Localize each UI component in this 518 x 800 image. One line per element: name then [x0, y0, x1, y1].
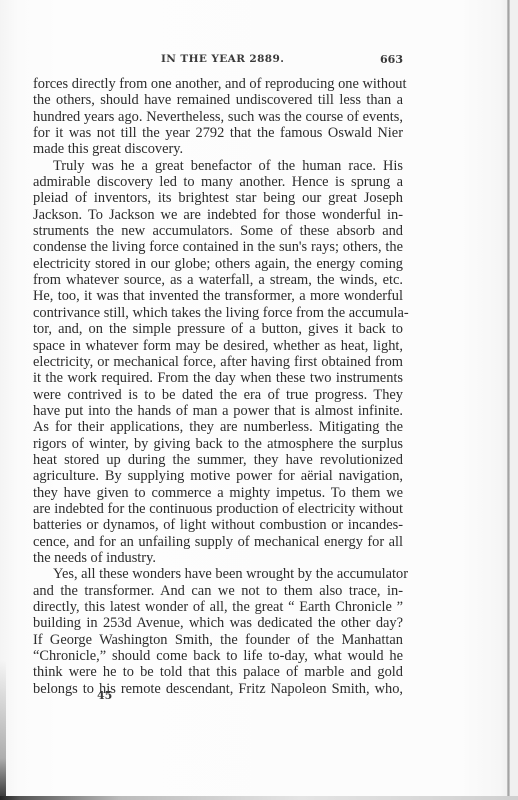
text-line: forces directly from one another, and of… [33, 76, 403, 92]
text-line: struments the new accumulators. Some of … [33, 223, 403, 239]
text-line: rigors of winter, by giving back to the … [33, 436, 403, 452]
text-line: Yes, all these wonders have been wrought… [33, 566, 403, 582]
text-line: electricity stored in our globe; others … [33, 256, 403, 272]
text-line: cence, and for an unfailing supply of me… [33, 534, 403, 550]
text-line: As for their applications, they are numb… [33, 419, 403, 435]
text-line: hundred years ago. Nevertheless, such wa… [33, 109, 403, 125]
page-edge-right-outer [510, 0, 518, 800]
text-line: are indebted for the continuous producti… [33, 501, 403, 517]
text-line: for it was not till the year 2792 that t… [33, 125, 403, 141]
text-line: belongs to his remote descendant, Fritz … [33, 681, 403, 697]
text-line: contrivance still, which takes the livin… [33, 305, 403, 321]
page-header: IN THE YEAR 2889. 663 [33, 53, 403, 69]
paragraph: forces directly from one another, and of… [33, 76, 403, 158]
text-line: If George Washington Smith, the founder … [33, 632, 403, 648]
text-line: made this great discovery. [33, 141, 403, 157]
body-text: forces directly from one another, and of… [33, 76, 403, 697]
text-line: and the transformer. And can we not to t… [33, 583, 403, 599]
text-line: it the work required. From the day when … [33, 370, 403, 386]
text-line: Truly was he a great benefactor of the h… [33, 158, 403, 174]
signature-mark: 45 [97, 689, 112, 702]
text-line: “Chronicle,” should come back to life to… [33, 648, 403, 664]
page-shadow-left [0, 660, 6, 800]
book-page: IN THE YEAR 2889. 663 forces directly fr… [0, 0, 518, 800]
text-line: building in 253d Avenue, which was dedic… [33, 615, 403, 631]
text-line: electricity, or mechanical force, after … [33, 354, 403, 370]
text-line: agriculture. By supplying motive power f… [33, 468, 403, 484]
page-number: 663 [380, 53, 403, 66]
text-line: the needs of industry. [33, 550, 403, 566]
paragraph: Truly was he a great benefactor of the h… [33, 158, 403, 567]
text-line: pleiad of inventors, its brightest star … [33, 190, 403, 206]
text-line: think were he to be told that this palac… [33, 664, 403, 680]
text-line: heat stored up during the summer, they h… [33, 452, 403, 468]
text-line: the others, should have remained undisco… [33, 92, 403, 108]
text-line: Jackson. To Jackson we are indebted for … [33, 207, 403, 223]
text-line: condense the living force contained in t… [33, 239, 403, 255]
text-line: admirable discovery led to many another.… [33, 174, 403, 190]
text-line: were contrived is to be dated the era of… [33, 387, 403, 403]
text-line: they have given to commerce a mighty imp… [33, 485, 403, 501]
text-line: have put into the hands of man a power t… [33, 403, 403, 419]
text-line: directly, this latest wonder of all, the… [33, 599, 403, 615]
text-line: He, too, it was that invented the transf… [33, 288, 403, 304]
text-line: from whatever source, as a waterfall, a … [33, 272, 403, 288]
text-line: space in whatever form may be desired, w… [33, 338, 403, 354]
text-line: batteries or dynamos, of light without c… [33, 517, 403, 533]
page-edge-bottom [0, 796, 518, 800]
running-title: IN THE YEAR 2889. [161, 53, 284, 65]
text-line: tor, and, on the simple pressure of a bu… [33, 321, 403, 337]
paragraph: Yes, all these wonders have been wrought… [33, 566, 403, 697]
page-binding-edge [507, 0, 510, 800]
